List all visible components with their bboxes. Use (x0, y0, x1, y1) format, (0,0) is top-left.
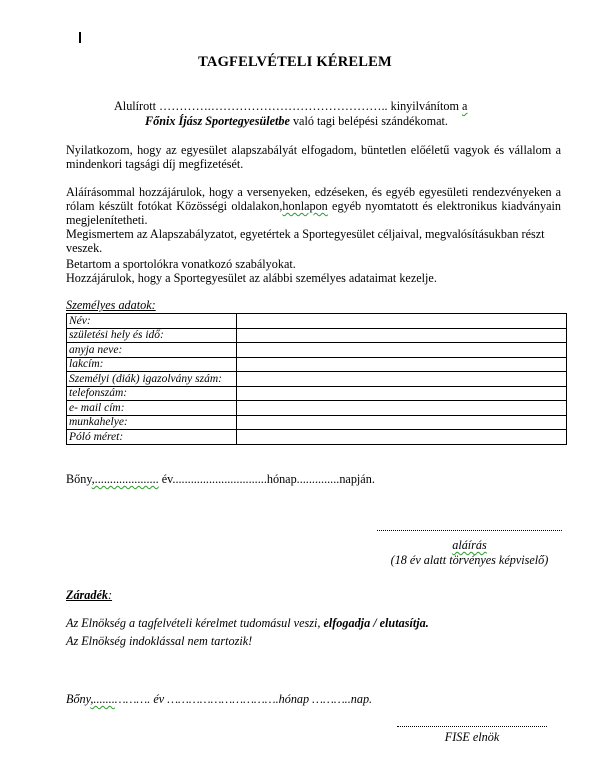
field-value[interactable] (237, 430, 567, 445)
intro-line-1: Alulírott ………….…………………………………….. kinyilvá… (114, 99, 467, 114)
clause-line-1-text: Az Elnökség a tagfelvételi kérelmet tudo… (66, 616, 323, 630)
document-title: TAGFELVÉTELI KÉRELEM (0, 54, 590, 71)
table-row: Póló méret: (67, 430, 567, 445)
month-blank[interactable]: hónap.............. (267, 472, 339, 486)
place-date-line-2: Bőny,.......………. év ………………………….hónap ………… (66, 692, 372, 707)
day-label: napján. (339, 472, 375, 486)
clause-line-2: Az Elnökség indoklással nem tartozik! (66, 634, 252, 649)
field-label: lakcím: (67, 357, 237, 372)
signature-sublabel: (18 év alatt törvényes képviselő) (377, 553, 562, 568)
field-value[interactable] (237, 386, 567, 401)
signature-label-text: aláírás (452, 538, 487, 552)
year-blank[interactable]: év............................... (159, 472, 267, 486)
field-label: születési hely és idő: (67, 328, 237, 343)
field-value[interactable] (237, 401, 567, 416)
clause-decision: elfogadja / elutasítja. (323, 616, 428, 630)
place-date-line: Bőny,..................... év...........… (66, 472, 375, 487)
field-label: anyja neve: (67, 343, 237, 358)
photo-consent-flagged-word: honlapon (282, 199, 327, 213)
table-row: munkahelye: (67, 415, 567, 430)
president-label: FISE elnök (397, 730, 547, 745)
personal-data-table: Név:születési hely és idő:anyja neve:lak… (66, 313, 567, 445)
photo-consent-paragraph: Aláírásommal hozzájárulok, hogy a versen… (66, 185, 561, 227)
field-value[interactable] (237, 372, 567, 387)
data-consent-paragraph: Hozzájárulok, hogy a Sportegyesület az a… (66, 271, 561, 285)
table-row: születési hely és idő: (67, 328, 567, 343)
field-value[interactable] (237, 328, 567, 343)
place-name: Bőny (66, 472, 92, 486)
table-row: e- mail cím: (67, 401, 567, 416)
rules-paragraph: Betartom a sportolókra vonatkozó szabály… (66, 257, 561, 271)
table-row: lakcím: (67, 357, 567, 372)
table-row: Név: (67, 314, 567, 329)
intro-article: a (462, 99, 467, 113)
president-signature-line[interactable] (397, 726, 547, 727)
field-value[interactable] (237, 415, 567, 430)
clause-heading-colon: : (108, 588, 112, 602)
statutes-paragraph: Megismertem az Alapszabályzatot, egyetér… (66, 227, 546, 255)
field-label: Személyi (diák) igazolvány szám: (67, 372, 237, 387)
field-label: munkahelye: (67, 415, 237, 430)
intro-prefix: Alulírott (114, 99, 156, 113)
intro-suffix: kinyilvánítom (391, 99, 459, 113)
field-value[interactable] (237, 343, 567, 358)
personal-data-heading: Személyes adatok: (66, 298, 156, 313)
signature-label: aláírás (377, 538, 562, 553)
clause-heading: Záradék: (66, 588, 112, 603)
name-blank[interactable]: ………….…………………………………….. (159, 99, 388, 113)
text-cursor (79, 32, 81, 43)
table-row: telefonszám: (67, 386, 567, 401)
intro-line-2: Főnix Íjász Sportegyesületbe való tagi b… (145, 114, 448, 129)
field-label: Póló méret: (67, 430, 237, 445)
table-row: Személyi (diák) igazolvány szám: (67, 372, 567, 387)
field-value[interactable] (237, 314, 567, 329)
field-label: e- mail cím: (67, 401, 237, 416)
field-label: Név: (67, 314, 237, 329)
clause-line-1: Az Elnökség a tagfelvételi kérelmet tudo… (66, 616, 429, 631)
date-blank[interactable]: ,..................... (92, 472, 159, 486)
field-value[interactable] (237, 357, 567, 372)
table-row: anyja neve: (67, 343, 567, 358)
club-name: Főnix Íjász Sportegyesületbe (145, 114, 290, 128)
place-name-2: Bőny (66, 692, 90, 706)
clause-heading-text: Záradék (66, 588, 108, 602)
declaration-paragraph: Nyilatkozom, hogy az egyesület alapszabá… (66, 143, 561, 171)
field-label: telefonszám: (67, 386, 237, 401)
date-rest-2[interactable]: ………. év ………………………….hónap ………..nap. (115, 692, 372, 706)
date-blank-2[interactable]: ,....... (90, 692, 114, 706)
signature-line[interactable] (377, 530, 562, 531)
intro-rest: való tagi belépési szándékomat. (293, 114, 448, 128)
